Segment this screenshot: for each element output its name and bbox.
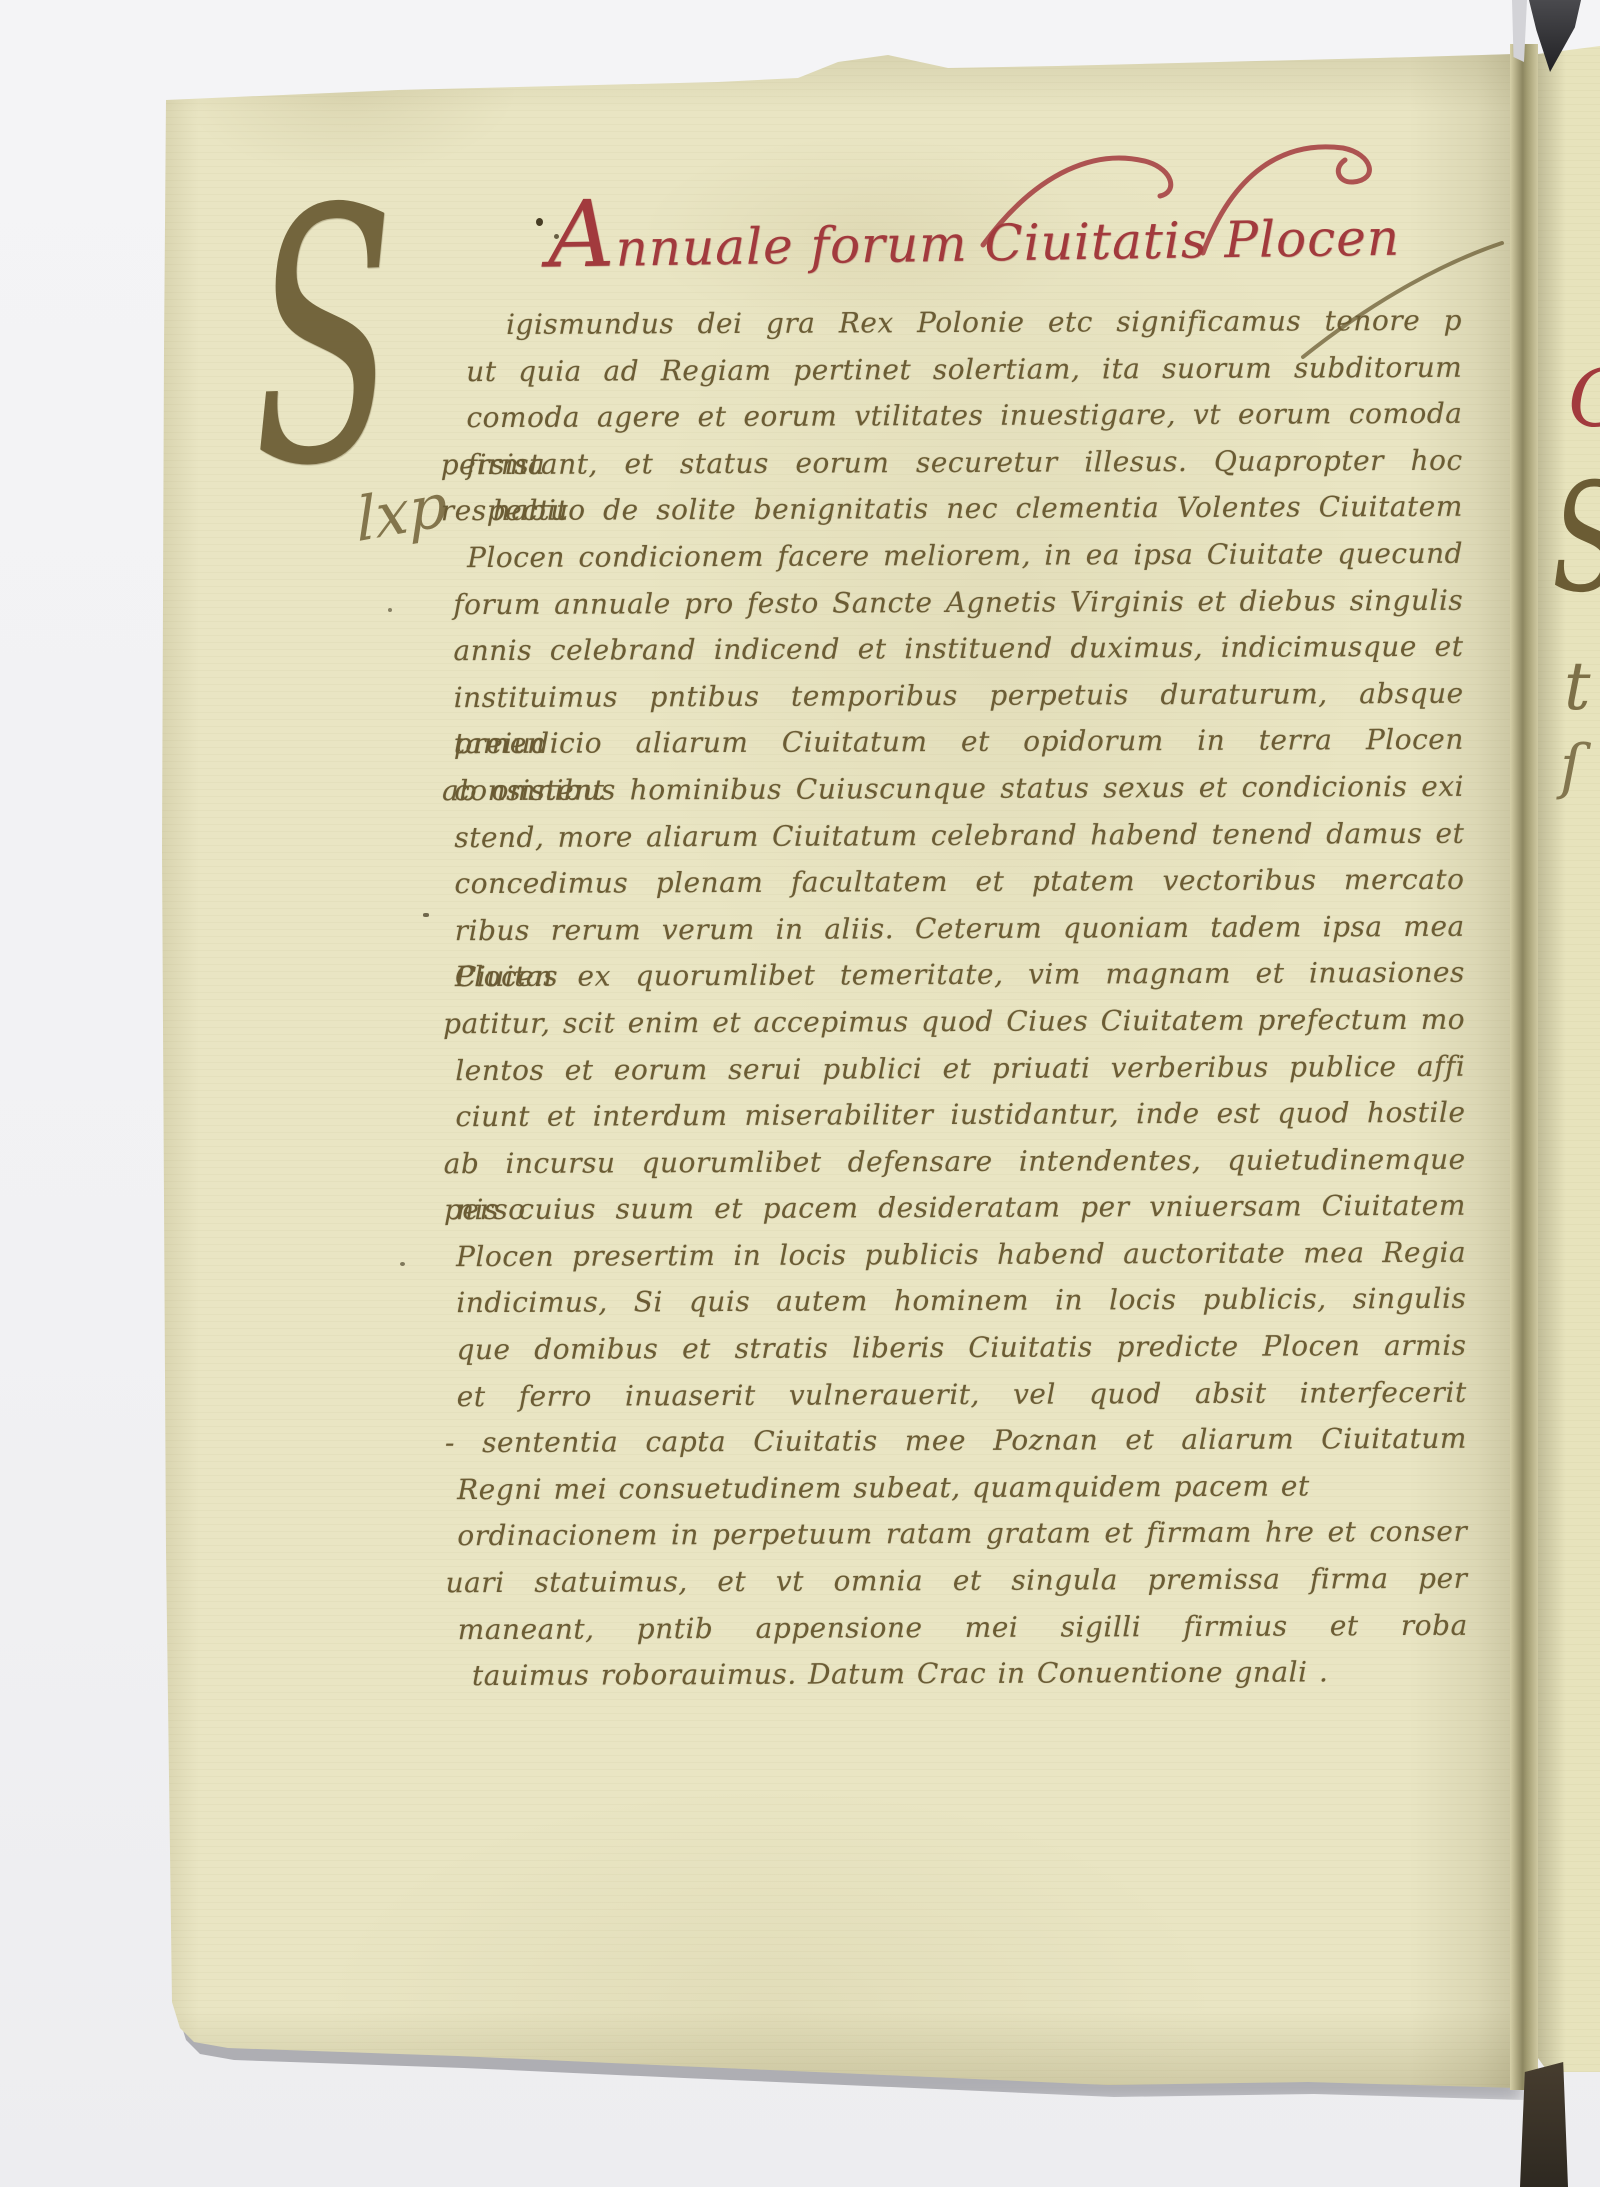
manuscript-line: ab omnibus hominibus Cuiuscunque status … — [442, 764, 1464, 815]
ink-speck — [554, 234, 559, 239]
text-block: igismundus dei gra Rex Polonie etc signi… — [440, 298, 1468, 1700]
manuscript-line: instituimus pntibus temporibus perpetuis… — [442, 671, 1464, 722]
rubric-flourish-icon — [978, 140, 1188, 250]
manuscript-line: comoda agere et eorum vtilitates inuesti… — [440, 391, 1462, 442]
photo-backdrop: { "colors": { "backdrop": "#f2f2f4", "pa… — [0, 0, 1600, 2187]
manuscript-line: habito de solite benignitatis nec clemen… — [441, 484, 1463, 535]
manuscript-line: et ferro inuaserit vulnerauerit, vel quo… — [445, 1369, 1467, 1420]
initial-letter: S — [250, 172, 398, 508]
facing-fragment-rubric: C — [1568, 352, 1600, 445]
manuscript-line: forum annuale pro festo Sancte Agnetis V… — [441, 577, 1463, 628]
manuscript-page: Annuale forum Ciuitatis Plocen S lxp igi… — [158, 50, 1518, 2092]
manuscript-line: ut quia ad Regiam pertinet solertiam, it… — [440, 344, 1462, 395]
manuscript-line: Plocen condicionem facere meliorem, in e… — [441, 531, 1463, 582]
manuscript-line: nis cuius suum et pacem desideratam per … — [444, 1183, 1466, 1234]
manuscript-line: maneant, pntib appensione mei sigilli fi… — [446, 1602, 1468, 1653]
manuscript-line: Plocen ex quorumlibet temeritate, vim ma… — [443, 950, 1465, 1001]
manuscript-line: Plocen presertim in locis publicis haben… — [444, 1230, 1466, 1281]
manuscript-line: - sententia capta Ciuitatis mee Poznan e… — [445, 1416, 1467, 1467]
margin-note: lxp — [355, 470, 448, 557]
manuscript-line: annis celebrand indicend et instituend d… — [441, 624, 1463, 675]
facing-fragment-letter: t — [1564, 648, 1591, 725]
manuscript-line: ab incursu quorumlibet defensare intende… — [444, 1136, 1466, 1187]
manuscript-line: ordinacionem in perpetuum ratam gratam e… — [445, 1509, 1467, 1560]
manuscript-line: stend, more aliarum Ciuitatum celebrand … — [442, 810, 1464, 861]
manuscript-line: Regni mei consuetudinem subeat, quamquid… — [445, 1463, 1467, 1514]
binding-leather — [1520, 2062, 1568, 2187]
manuscript-line: tauimus roborauimus. Datum Crac in Conue… — [446, 1649, 1468, 1700]
manuscript-line: patitur, scit enim et accepimus quod Ciu… — [443, 997, 1465, 1048]
ink-speck — [423, 913, 429, 917]
manuscript-line: que domibus et stratis liberis Ciuitatis… — [444, 1323, 1466, 1374]
manuscript-line: preiudicio aliarum Ciuitatum et opidorum… — [442, 717, 1464, 768]
manuscript-line: persistant, et status eorum securetur il… — [441, 438, 1463, 489]
facing-fragment-letter: ſ — [1560, 732, 1582, 802]
manuscript-line: ribus rerum verum in aliis. Ceterum quon… — [443, 903, 1465, 954]
manuscript-line: lentos et eorum serui publici et priuati… — [443, 1043, 1465, 1094]
manuscript-line: ciunt et interdum miserabiliter iustidan… — [443, 1090, 1465, 1141]
manuscript-line: concedimus plenam facultatem et ptatem v… — [442, 857, 1464, 908]
manuscript-line: igismundus dei gra Rex Polonie etc signi… — [440, 298, 1462, 349]
facing-page-edge — [1538, 40, 1600, 2072]
facing-fragment-initial: S — [1552, 452, 1600, 626]
ink-speck — [536, 218, 543, 226]
manuscript-line: indicimus, Si quis autem hominem in loci… — [444, 1276, 1466, 1327]
ink-speck — [400, 1262, 405, 1266]
ink-speck — [388, 608, 392, 612]
gutter-fold — [1510, 44, 1538, 2090]
manuscript-line: uari statuimus, et vt omnia et singula p… — [445, 1556, 1467, 1607]
